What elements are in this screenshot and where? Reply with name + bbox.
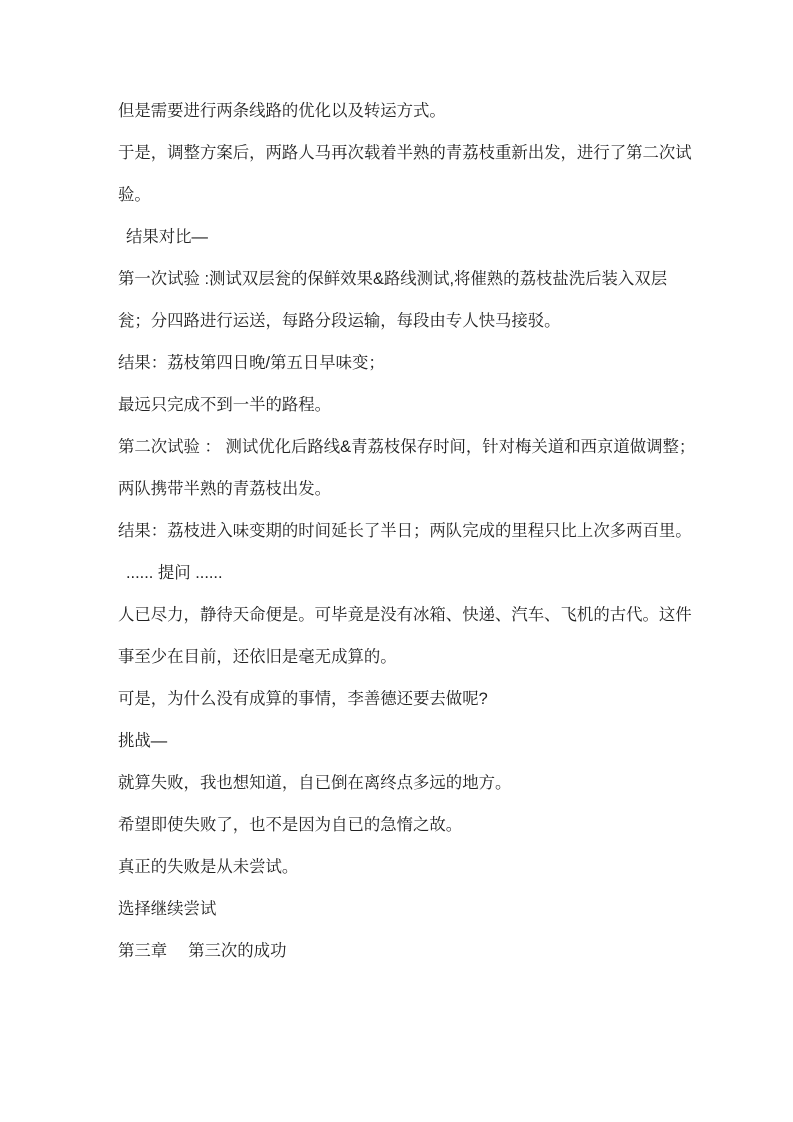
text-line: 事至少在目前，还依旧是毫无成算的。 (118, 636, 698, 678)
text-line: 结果：荔枝进入味变期的时间延长了半日；两队完成的里程只比上次多两百里。 (118, 510, 698, 552)
text-line: 但是需要进行两条线路的优化以及转运方式。 (118, 90, 698, 132)
text-line: 选择继续尝试 (118, 888, 698, 930)
text-line: 瓮；分四路进行运送，每路分段运输，每段由专人快马接驳。 (118, 300, 698, 342)
text-line: 真正的失败是从未尝试。 (118, 846, 698, 888)
text-line: 第二次试验 ： 测试优化后路线&青荔枝保存时间，针对梅关道和西京道做调整； (118, 426, 698, 468)
text-line: 两队携带半熟的青荔枝出发。 (118, 468, 698, 510)
text-line: 人已尽力，静待天命便是。可毕竟是没有冰箱、快递、汽车、飞机的古代。这件 (118, 594, 698, 636)
text-line: 第一次试验 :测试双层瓮的保鲜效果&路线测试,将催熟的荔枝盐洗后装入双层 (118, 258, 698, 300)
text-line: ...... 提问 ...... (118, 552, 698, 594)
text-line: 于是，调整方案后，两路人马再次载着半熟的青荔枝重新出发，进行了第二次试 (118, 132, 698, 174)
text-line: 第三章 第三次的成功 (118, 930, 698, 972)
document-text-block: 但是需要进行两条线路的优化以及转运方式。于是，调整方案后，两路人马再次载着半熟的… (118, 90, 698, 972)
text-line: 结果对比— (118, 216, 698, 258)
text-line: 挑战— (118, 720, 698, 762)
text-line: 就算失败，我也想知道，自已倒在离终点多远的地方。 (118, 762, 698, 804)
text-line: 验。 (118, 174, 698, 216)
document-page: 但是需要进行两条线路的优化以及转运方式。于是，调整方案后，两路人马再次载着半熟的… (0, 0, 793, 1122)
text-line: 可是，为什么没有成算的事情，李善德还要去做呢? (118, 678, 698, 720)
text-line: 结果：荔枝第四日晚/第五日早味变； (118, 342, 698, 384)
text-line: 希望即使失败了，也不是因为自已的急惰之故。 (118, 804, 698, 846)
text-line: 最远只完成不到一半的路程。 (118, 384, 698, 426)
